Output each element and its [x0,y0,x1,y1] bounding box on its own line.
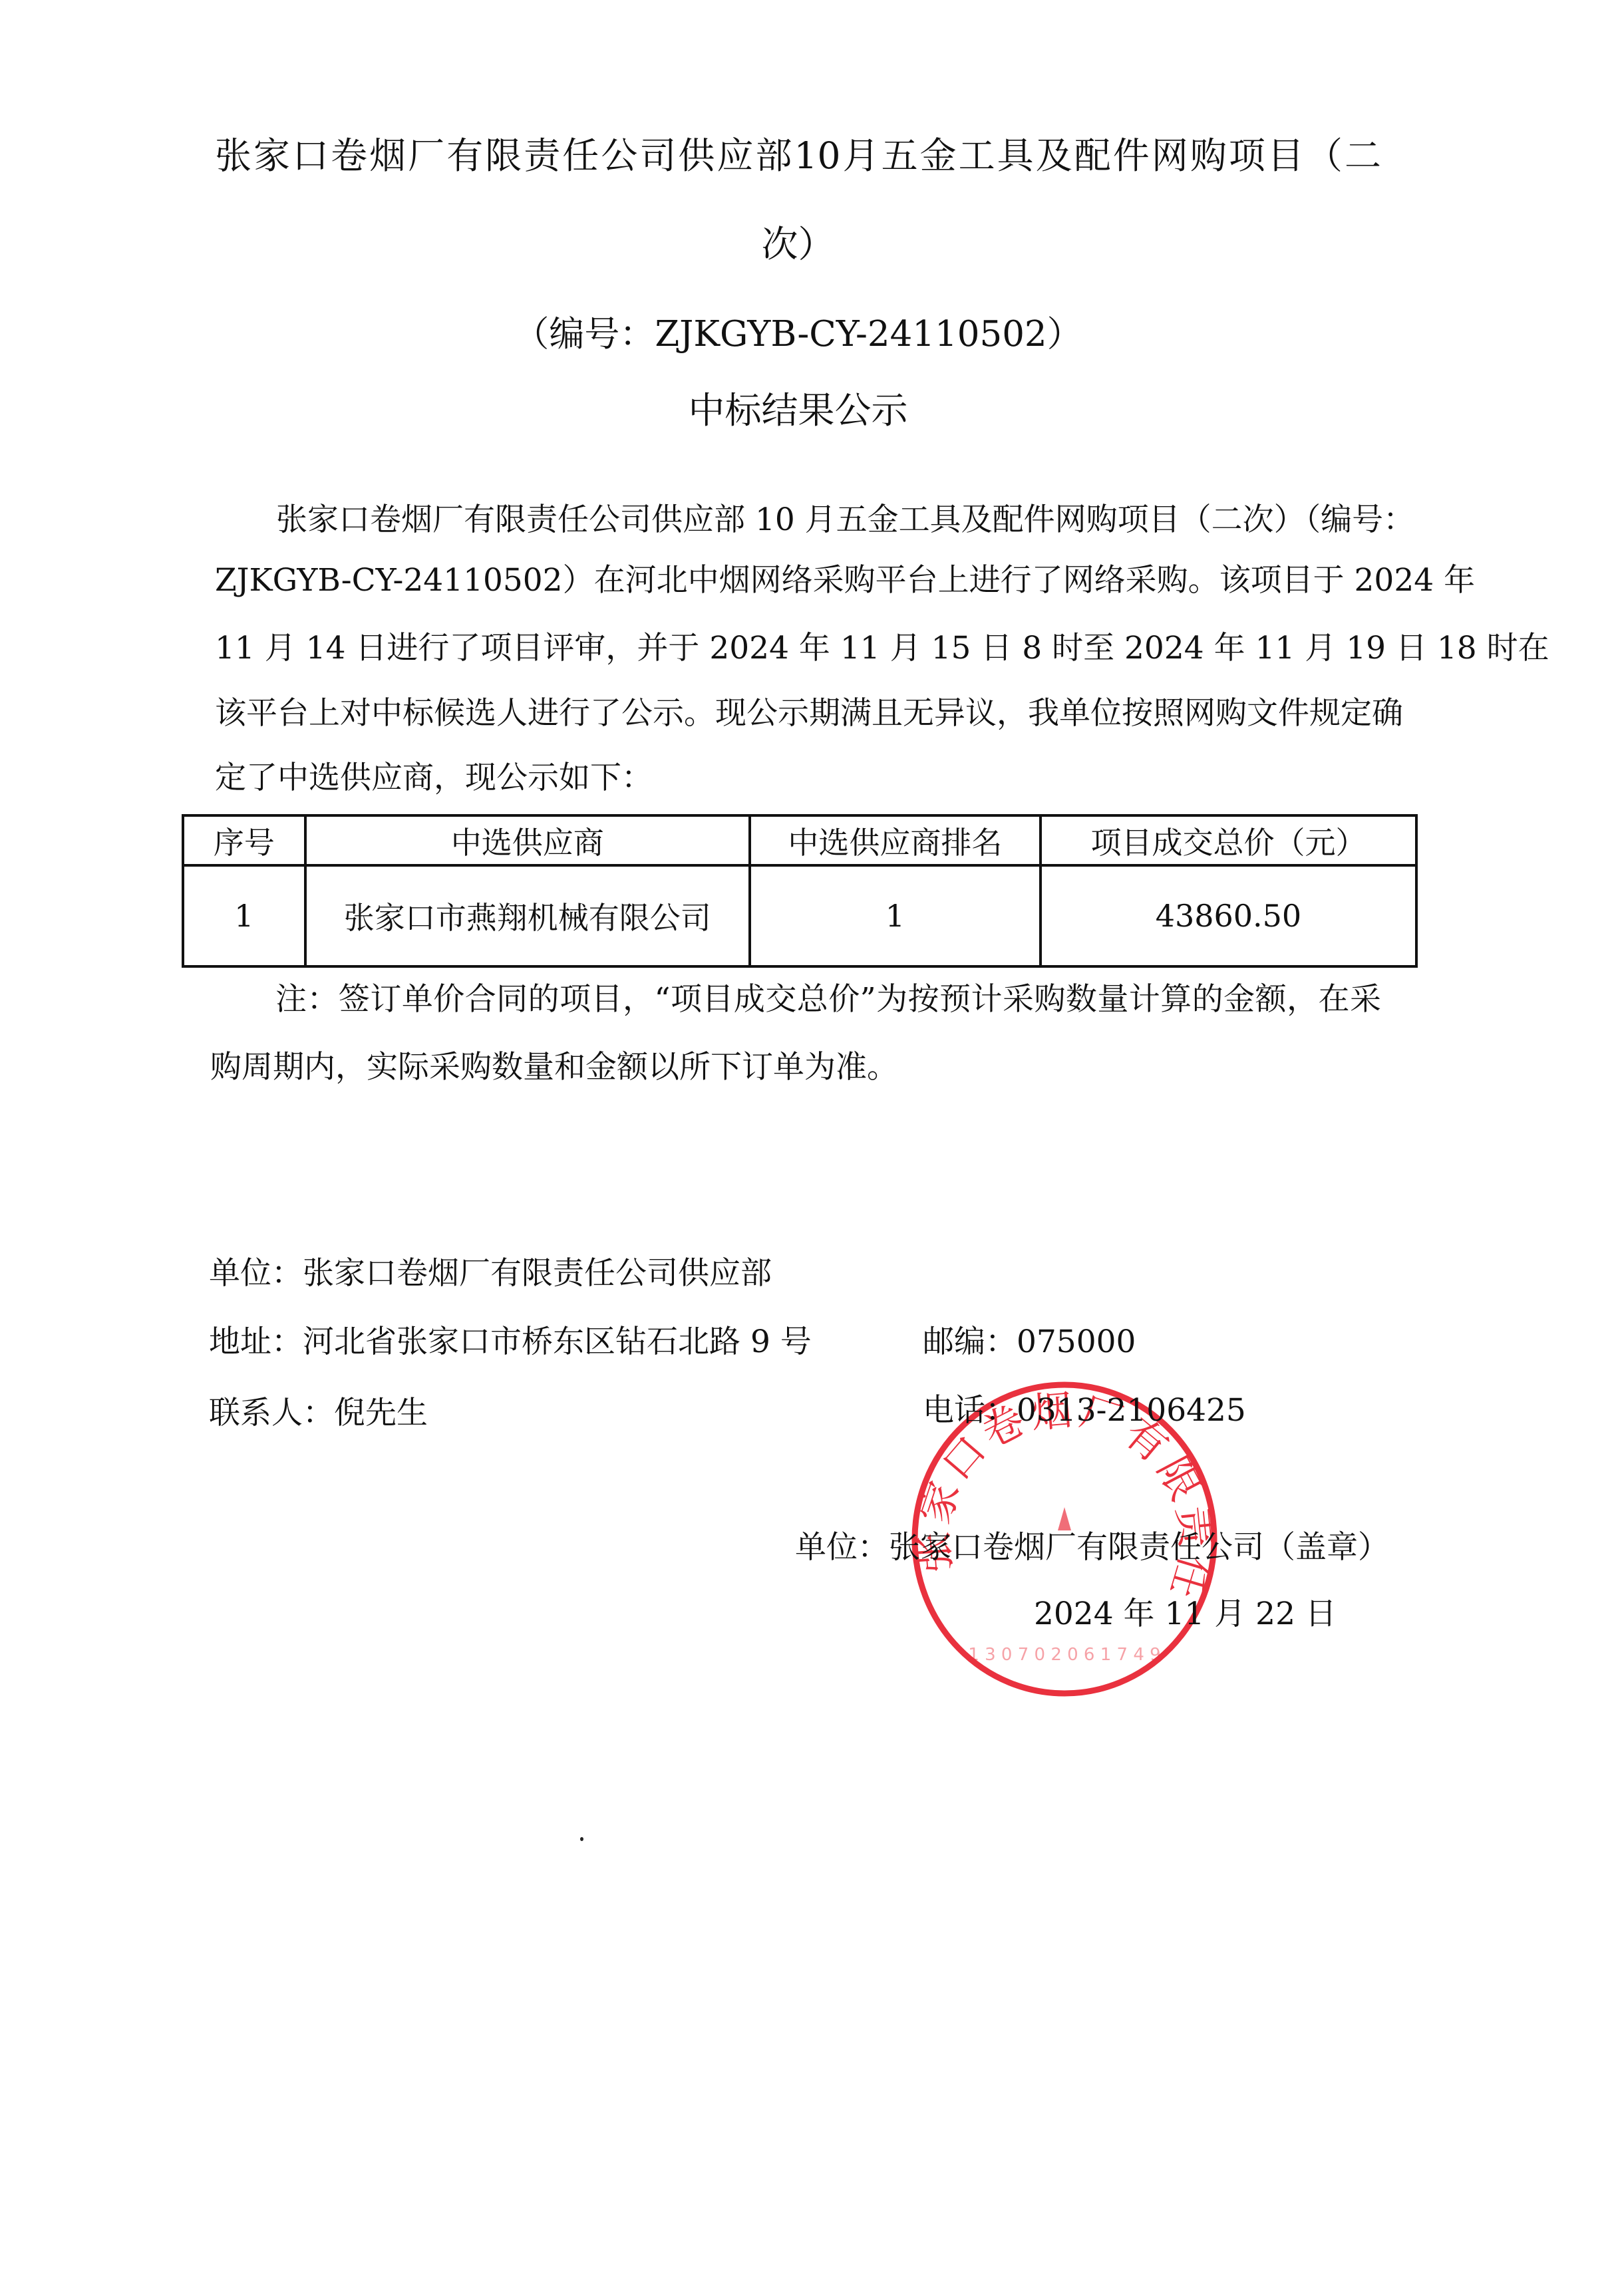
paragraph-line-3: 11 月 14 日进行了项目评审，并于 2024 年 11 月 15 日 8 时… [215,633,1381,664]
cell-supplier: 张家口市燕翔机械有限公司 [305,865,750,966]
cell-index: 1 [183,865,305,966]
signature-date: 2024 年 11 月 22 日 [1034,1598,1337,1630]
header-rank: 中选供应商排名 [750,815,1041,865]
table-header-row: 序号 中选供应商 中选供应商排名 项目成交总价（元） [183,815,1416,865]
contact-unit: 单位：张家口卷烟厂有限责任公司供应部 [209,1258,772,1289]
page-subtitle: 中标结果公示 [215,392,1381,429]
note-line-2: 购周期内，实际采购数量和金额以所下订单为准。 [210,1052,898,1083]
cell-total-price: 43860.50 [1041,865,1416,966]
scan-speck [580,1837,583,1841]
project-code: （编号：ZJKGYB-CY-24110502） [215,317,1381,352]
paragraph-line-2: ZJKGYB-CY-24110502）在河北中烟网络采购平台上进行了网络采购。该… [215,565,1381,596]
paragraph-line-5: 定了中选供应商，现公示如下： [215,762,653,793]
title-line-2: 次） [215,226,1381,263]
header-supplier: 中选供应商 [305,815,750,865]
contact-address: 地址：河北省张家口市桥东区钻石北路 9 号 [209,1326,812,1358]
paragraph-line-1: 张家口卷烟厂有限责任公司供应部 10 月五金工具及配件网购项目（二次）（编号： [276,504,1381,535]
header-index: 序号 [183,815,305,865]
table-row: 1 张家口市燕翔机械有限公司 1 43860.50 [183,865,1416,966]
svg-text:1 3 0 7 0 2 0 6 1 7 4 9: 1 3 0 7 0 2 0 6 1 7 4 9 [968,1645,1160,1665]
signature-unit-seal: 单位：张家口卷烟厂有限责任公司（盖章） [795,1532,1389,1563]
paragraph-line-4: 该平台上对中标候选人进行了公示。现公示期满且无异议，我单位按照网购文件规定确 [215,698,1381,729]
title-line-1: 张家口卷烟厂有限责任公司供应部10月五金工具及配件网购项目（二 [215,138,1381,174]
header-total-price: 项目成交总价（元） [1041,815,1416,865]
contact-person: 联系人：倪先生 [209,1397,428,1429]
contact-postcode: 邮编：075000 [923,1326,1136,1358]
note-line-1: 注：签订单价合同的项目，“项目成交总价”为按预计采购数量计算的金额，在采 [275,984,1381,1015]
contact-phone: 电话：0313-2106425 [923,1395,1246,1426]
result-table: 序号 中选供应商 中选供应商排名 项目成交总价（元） 1 张家口市燕翔机械有限公… [182,814,1418,968]
cell-rank: 1 [750,865,1041,966]
